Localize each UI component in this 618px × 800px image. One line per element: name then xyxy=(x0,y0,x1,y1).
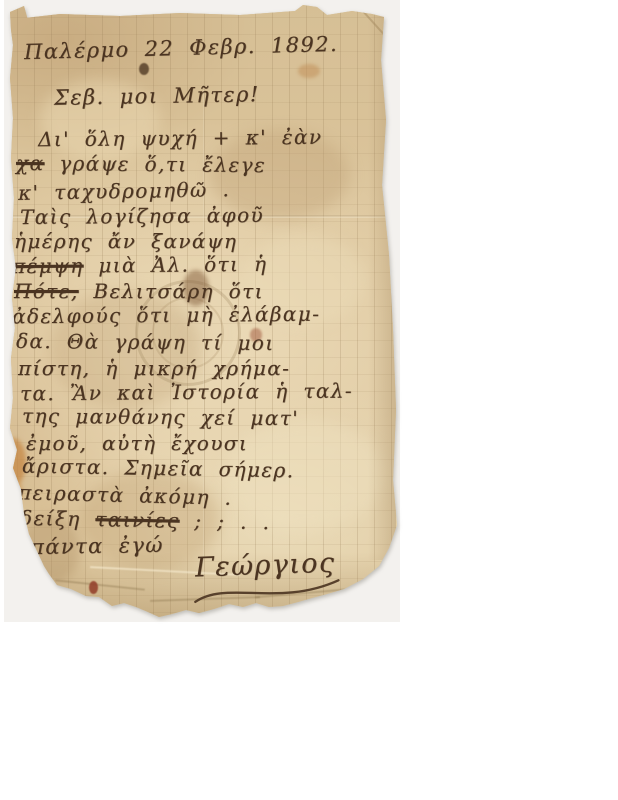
body-text: ; ; . . xyxy=(179,509,270,535)
body-text: δείξη xyxy=(20,506,96,531)
stain xyxy=(139,63,149,75)
signature-flourish xyxy=(192,572,344,614)
body-text: της μανθάνης χεί ματ' xyxy=(22,404,299,430)
letter-salutation: Σεβ. μοι Μῆτερ! xyxy=(54,82,260,110)
struck-word: ταινίες xyxy=(95,507,180,532)
body-text: Βελιτσάρη ὅτι xyxy=(79,279,264,303)
body-text: Ταὶς λογίζησα ἀφοῦ xyxy=(20,203,264,229)
body-text: Δι' ὅλη ψυχή + κ' ἐὰν xyxy=(38,125,323,151)
letter-body-line: χα γράψε ὅ,τι ἔλεγε xyxy=(16,151,266,177)
letter-body-line: πίστη, ἡ μικρή χρήμα- xyxy=(18,356,290,380)
letter-body-line: τα. Ἂν καὶ Ἰστορία ἡ ταλ- xyxy=(20,379,353,406)
letter-body-line: δα. Θὰ γράψη τί μοι xyxy=(16,329,275,355)
body-text: κ' ταχυδρομηθῶ . xyxy=(18,177,230,205)
letter-body-line: ἡμέρης ἄν ξανάψη xyxy=(14,229,237,253)
stain xyxy=(298,64,320,78)
body-text: πίστη, ἡ μικρή χρήμα- xyxy=(18,356,290,380)
body-text: ἀδελφούς ὅτι μὴ ἐλάβαμ- xyxy=(12,302,321,329)
letter-body-line: πέμψη μιὰ Ἀλ. ὅτι ἡ xyxy=(12,252,268,278)
letter-body-line: κ' ταχυδρομηθῶ . xyxy=(18,177,230,205)
letter-body-line: δείξη ταινίες ; ; . . xyxy=(20,506,271,534)
edge-shading xyxy=(368,0,396,560)
struck-word: Πότε, xyxy=(14,279,79,303)
letter-body-line: ἐμοῦ, αὐτὴ ἔχουσι xyxy=(26,431,248,455)
letter-body-line: ἀδελφούς ὅτι μὴ ἐλάβαμ- xyxy=(12,302,321,329)
body-text: δα. Θὰ γράψη τί μοι xyxy=(16,329,275,355)
letter-body-line: Ταὶς λογίζησα ἀφοῦ xyxy=(20,203,264,229)
body-text: ἐμοῦ, αὐτὴ ἔχουσι xyxy=(26,431,248,455)
body-text: τα. Ἂν καὶ Ἰστορία ἡ ταλ- xyxy=(20,379,353,406)
letter-paper-wrapper: Παλέρμο 22 Φεβρ. 1892. Σεβ. μοι Μῆτερ! Δ… xyxy=(0,0,618,800)
letter-paper: Παλέρμο 22 Φεβρ. 1892. Σεβ. μοι Μῆτερ! Δ… xyxy=(0,0,618,800)
ink-mark xyxy=(89,581,98,594)
body-text: ἄριστα. Σημεῖα σήμερ. xyxy=(22,454,295,483)
struck-word: χα xyxy=(16,151,45,175)
struck-word: πέμψη xyxy=(12,253,84,278)
letter-closing: πάντα ἐγώ xyxy=(30,533,164,559)
scanned-letter-page: Παλέρμο 22 Φεβρ. 1892. Σεβ. μοι Μῆτερ! Δ… xyxy=(0,0,618,800)
body-text: γράψε ὅ,τι ἔλεγε xyxy=(44,151,266,177)
letter-body-line: Δι' ὅλη ψυχή + κ' ἐὰν xyxy=(38,125,323,151)
letter-body-line: Πότε, Βελιτσάρη ὅτι xyxy=(14,279,264,303)
body-text: ἡμέρης ἄν ξανάψη xyxy=(14,229,237,253)
letter-body-line: της μανθάνης χεί ματ' xyxy=(22,404,299,430)
letter-body-line: ἄριστα. Σημεῖα σήμερ. xyxy=(22,454,295,483)
body-text: μιὰ Ἀλ. ὅτι ἡ xyxy=(83,252,267,278)
